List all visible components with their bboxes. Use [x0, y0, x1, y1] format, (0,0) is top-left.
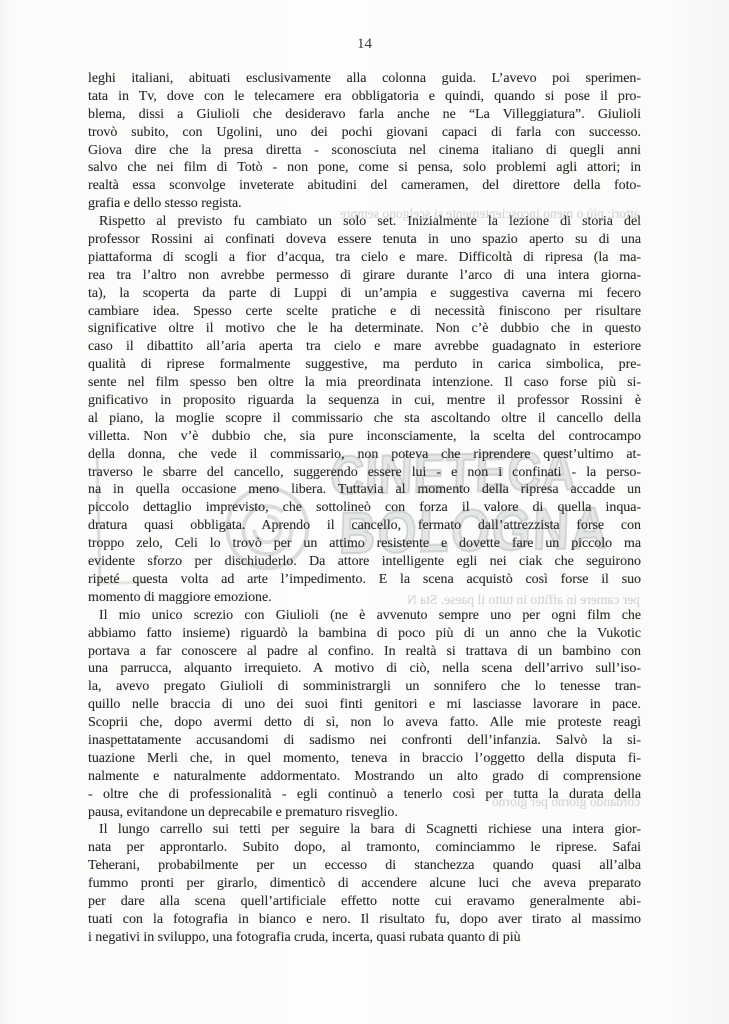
- text-line: evidente sforzo per dischiuderlo. Da att…: [88, 553, 641, 571]
- text-line: i negativi in sviluppo, una fotografia c…: [88, 929, 641, 947]
- text-line: villetta. Non v’è dubbio che, sia pure i…: [88, 428, 641, 446]
- text-line: piattaforma di scogli a fior d’acqua, tr…: [88, 249, 641, 267]
- text-line: salvo che nei film di Totò - non pone, c…: [88, 159, 641, 177]
- page-number: 14: [88, 36, 641, 53]
- text-line: Rispetto al previsto fu cambiato un solo…: [88, 213, 641, 231]
- text-line: cambiare idea. Spesso certe scelte prati…: [88, 303, 641, 321]
- text-line: fummo pronti per girarlo, dimenticò di a…: [88, 875, 641, 893]
- text-line: dratura quasi obbligata. Aprendo il canc…: [88, 517, 641, 535]
- text-line: una parrucca, alquanto irrequieto. A mot…: [88, 660, 641, 678]
- text-line: della donna, che vede il commissario, no…: [88, 446, 641, 464]
- text-line: na in quella occasione meno libera. Tutt…: [88, 481, 641, 499]
- text-line: leghi italiani, abituati esclusivamente …: [88, 70, 641, 88]
- text-line: Scoprii che, dopo avermi detto di sì, no…: [88, 714, 641, 732]
- text-line: per dare alla scena quell’artificiale ef…: [88, 893, 641, 911]
- text-line: Teherani, probabilmente per un eccesso d…: [88, 857, 641, 875]
- text-line: tata in Tv, dove con le telecamere era o…: [88, 88, 641, 106]
- text-line: Il lungo carrello sui tetti per seguire …: [88, 821, 641, 839]
- text-line: pausa, evitandone un deprecabile e prema…: [88, 804, 641, 822]
- text-line: inaspettatamente accusandomi di sadismo …: [88, 732, 641, 750]
- text-line: traverso le sbarre del cancello, suggere…: [88, 464, 641, 482]
- text-line: professor Rossini ai confinati doveva es…: [88, 231, 641, 249]
- text-line: nalmente e naturalmente addormentato. Mo…: [88, 768, 641, 786]
- text-line: caso il dibattito all’aria aperta tra ci…: [88, 338, 641, 356]
- text-line: la, avevo pregato Giulioli di somministr…: [88, 678, 641, 696]
- text-line: al piano, la moglie scopre il commissari…: [88, 410, 641, 428]
- text-line: sente nel film spesso ben oltre la mia p…: [88, 374, 641, 392]
- text-line: troppo zelo, Celi lo trovò per un attimo…: [88, 535, 641, 553]
- text-line: piccolo dettaglio imprevisto, che sottol…: [88, 499, 641, 517]
- text-line: gnificativo in proposito riguarda la seq…: [88, 392, 641, 410]
- text-line: portava a far conoscere al padre al conf…: [88, 643, 641, 661]
- text-line: rea tra l’altro non avrebbe permesso di …: [88, 267, 641, 285]
- text-line: qualità di riprese formalmente suggestiv…: [88, 356, 641, 374]
- text-line: ripeté questa volta ad arte l’impediment…: [88, 571, 641, 589]
- scanned-book-page: 14 CINETECA BOLOGNA attori; più o meno i…: [0, 0, 729, 1024]
- text-line: grafia e dello stesso regista.: [88, 195, 641, 213]
- text-line: - oltre che di professionalità - egli co…: [88, 786, 641, 804]
- text-line: nata per approntarlo. Subito dopo, al tr…: [88, 839, 641, 857]
- text-line: momento di maggiore emozione.: [88, 589, 641, 607]
- text-line: trovò subito, con Ugolini, uno dei pochi…: [88, 124, 641, 142]
- text-line: significative oltre il motivo che le ha …: [88, 320, 641, 338]
- text-line: quillo nelle braccia di uno dei suoi fin…: [88, 696, 641, 714]
- text-line: blema, dissi a Giulioli che desideravo f…: [88, 106, 641, 124]
- text-line: abbiamo fatto insieme) riguardò la bambi…: [88, 625, 641, 643]
- text-block: leghi italiani, abituati esclusivamente …: [88, 70, 641, 947]
- text-line: tuati con la fotografia in bianco e nero…: [88, 911, 641, 929]
- text-line: Il mio unico screzio con Giulioli (ne è …: [88, 607, 641, 625]
- text-line: Giova dire che la presa diretta - sconos…: [88, 142, 641, 160]
- text-line: ta), la scoperta da parte di Luppi di un…: [88, 285, 641, 303]
- text-line: tuazione Merli che, in quel momento, ten…: [88, 750, 641, 768]
- text-line: realtà essa sconvolge inveterate abitudi…: [88, 177, 641, 195]
